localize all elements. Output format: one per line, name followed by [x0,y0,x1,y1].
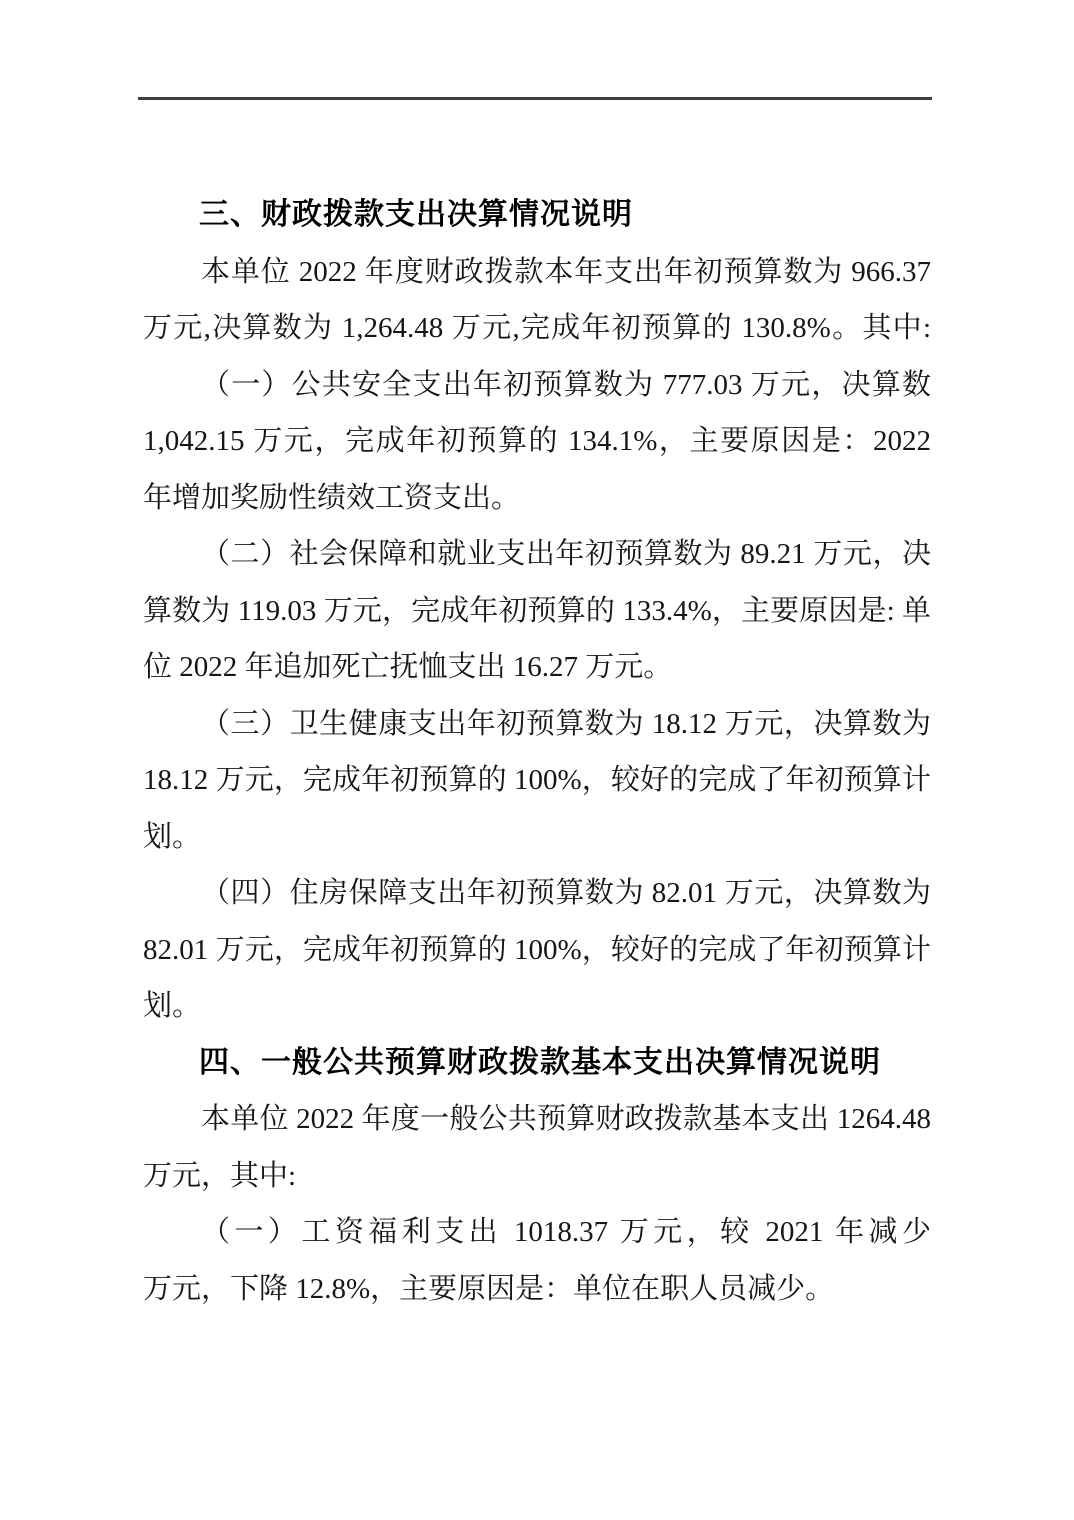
text-line: 万元，其中: [143,1148,931,1205]
text-line: 82.01 万元，完成年初预算的 100%，较好的完成了年初预算计 [143,922,931,979]
text-line: （四）住房保障支出年初预算数为 82.01 万元，决算数为 [143,865,931,922]
section-heading: 三、财政拨款支出决算情况说明 [143,187,931,244]
text-line: 划。 [143,809,931,866]
text-line: 本单位 2022 年度一般公共预算财政拨款基本支出 1264.48 [143,1091,931,1148]
header-rule [138,97,932,100]
section-heading: 四、一般公共预算财政拨款基本支出决算情况说明 [143,1035,931,1092]
text-line: 算数为 119.03 万元，完成年初预算的 133.4%，主要原因是: 单 [143,583,931,640]
text-line: 万元，下降 12.8%，主要原因是：单位在职人员减少。 [143,1261,931,1318]
text-line: 本单位 2022 年度财政拨款本年支出年初预算数为 966.37 [143,244,931,301]
text-line: 划。 [143,978,931,1035]
document-page: 三、财政拨款支出决算情况说明本单位 2022 年度财政拨款本年支出年初预算数为 … [0,0,1074,1520]
text-line: （一）工资福利支出 1018.37 万元，较 2021 年减少 149.48 [143,1204,931,1261]
text-line: 18.12 万元，完成年初预算的 100%，较好的完成了年初预算计 [143,752,931,809]
text-line: 位 2022 年追加死亡抚恤支出 16.27 万元。 [143,639,931,696]
document-content: 三、财政拨款支出决算情况说明本单位 2022 年度财政拨款本年支出年初预算数为 … [143,187,931,1317]
text-line: （三）卫生健康支出年初预算数为 18.12 万元，决算数为 [143,696,931,753]
text-line: （二）社会保障和就业支出年初预算数为 89.21 万元，决 [143,526,931,583]
text-line: 年增加奖励性绩效工资支出。 [143,470,931,527]
text-line: 万元,决算数为 1,264.48 万元,完成年初预算的 130.8%。其中: [143,300,931,357]
text-line: （一）公共安全支出年初预算数为 777.03 万元，决算数为 [143,357,931,414]
text-line: 1,042.15 万元，完成年初预算的 134.1%，主要原因是：2022 [143,413,931,470]
